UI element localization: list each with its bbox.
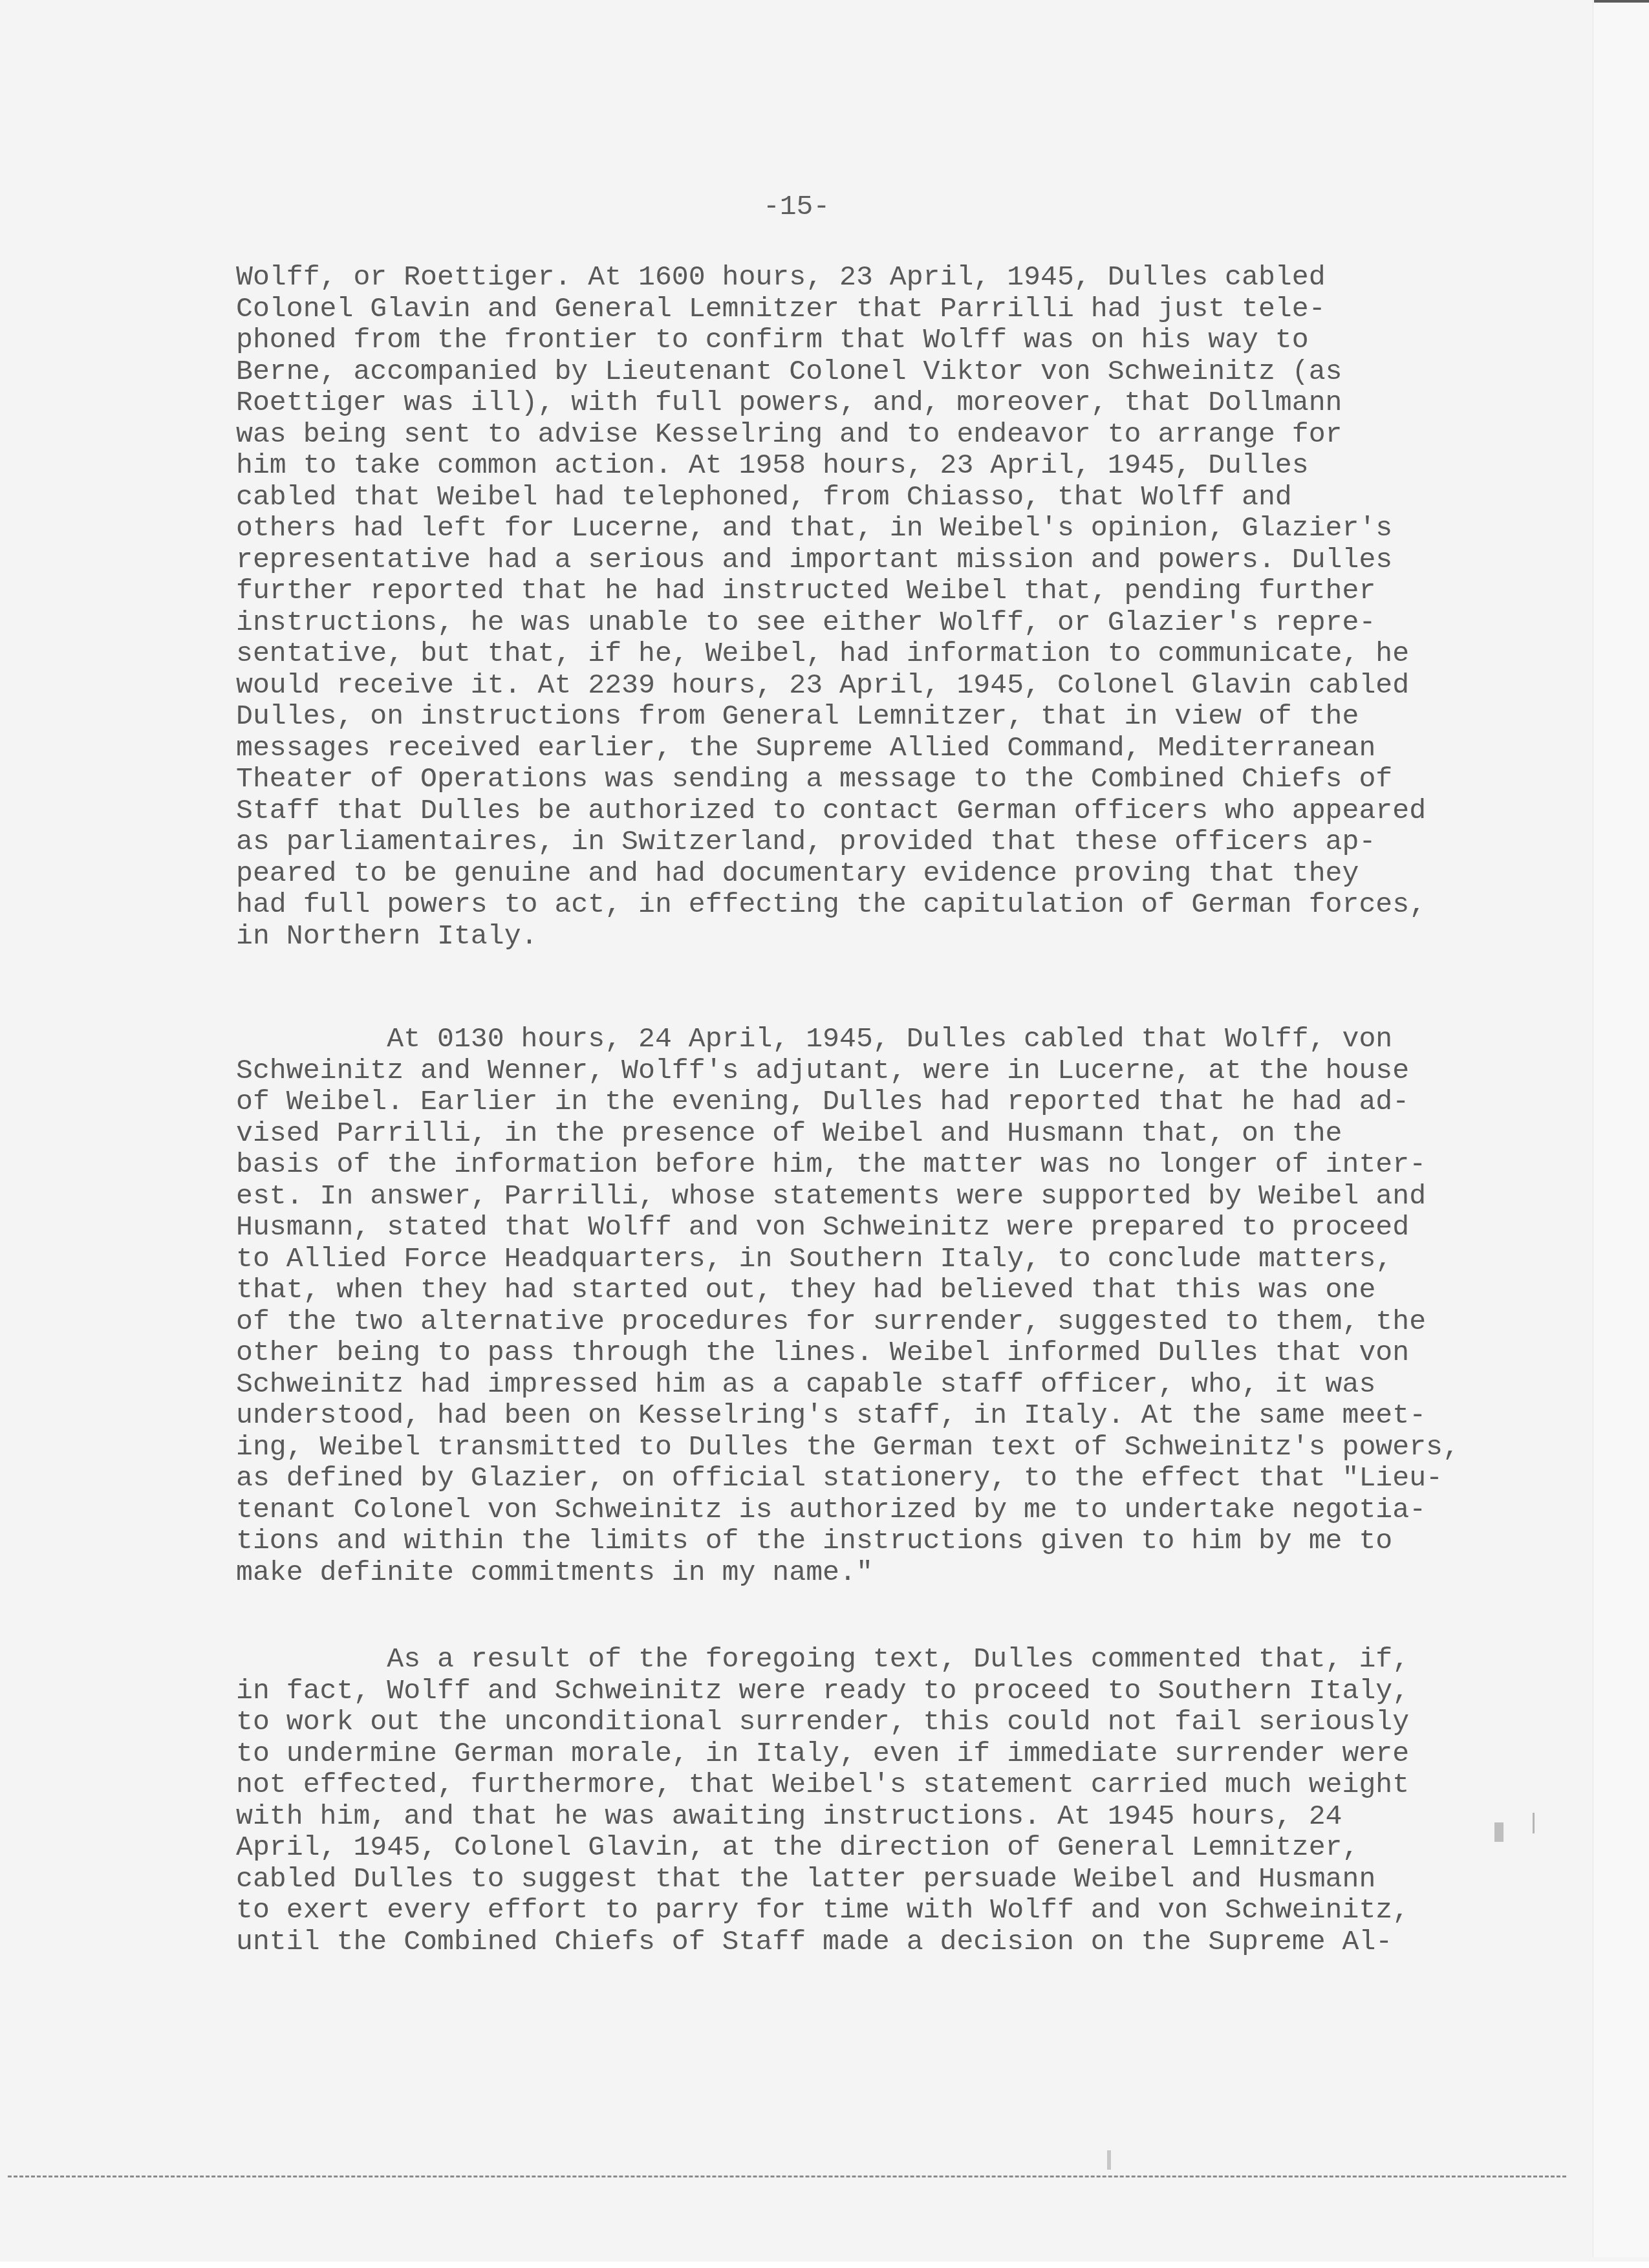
page-number: -15- (763, 191, 830, 222)
text-line: Dulles, on instructions from General Lem… (236, 701, 1465, 733)
text-line: understood, had been on Kesselring's sta… (236, 1400, 1465, 1432)
text-line: basis of the information before him, the… (236, 1149, 1465, 1181)
text-line: April, 1945, Colonel Glavin, at the dire… (236, 1832, 1465, 1864)
text-line: At 0130 hours, 24 April, 1945, Dulles ca… (236, 1024, 1465, 1055)
text-line: had full powers to act, in effecting the… (236, 889, 1465, 921)
text-line: in Northern Italy. (236, 921, 1465, 953)
text-line: Theater of Operations was sending a mess… (236, 764, 1465, 795)
bottom-dashed-rule (8, 2176, 1566, 2177)
text-line: As a result of the foregoing text, Dulle… (236, 1644, 1465, 1676)
text-line: as defined by Glazier, on official stati… (236, 1463, 1465, 1495)
text-line: further reported that he had instructed … (236, 576, 1465, 607)
text-line: other being to pass through the lines. W… (236, 1337, 1465, 1369)
scan-speck (1533, 1813, 1535, 1833)
text-line: sentative, but that, if he, Weibel, had … (236, 638, 1465, 670)
text-line: Wolff, or Roettiger. At 1600 hours, 23 A… (236, 262, 1465, 294)
paragraph-1: Wolff, or Roettiger. At 1600 hours, 23 A… (236, 262, 1465, 952)
text-line: Colonel Glavin and General Lemnitzer tha… (236, 294, 1465, 325)
text-line: Berne, accompanied by Lieutenant Colonel… (236, 356, 1465, 388)
text-line: make definite commitments in my name." (236, 1557, 1465, 1589)
text-line: cabled that Weibel had telephoned, from … (236, 482, 1465, 513)
scan-bottom-edge (0, 2262, 1649, 2268)
text-line: Roettiger was ill), with full powers, an… (236, 387, 1465, 419)
text-line: peared to be genuine and had documentary… (236, 858, 1465, 890)
text-line: ing, Weibel transmitted to Dulles the Ge… (236, 1432, 1465, 1463)
text-line: tenant Colonel von Schweinitz is authori… (236, 1495, 1465, 1526)
text-line: with him, and that he was awaiting instr… (236, 1801, 1465, 1833)
text-line: cabled Dulles to suggest that the latter… (236, 1864, 1465, 1895)
text-line: was being sent to advise Kesselring and … (236, 419, 1465, 451)
scan-speck (1107, 2150, 1111, 2170)
text-line: of the two alternative procedures for su… (236, 1306, 1465, 1338)
text-line: to exert every effort to parry for time … (236, 1895, 1465, 1927)
text-line: not effected, furthermore, that Weibel's… (236, 1769, 1465, 1801)
text-line: representative had a serious and importa… (236, 545, 1465, 576)
text-line: phoned from the frontier to confirm that… (236, 325, 1465, 356)
text-line: tions and within the limits of the instr… (236, 1526, 1465, 1557)
text-line: to work out the unconditional surrender,… (236, 1707, 1465, 1738)
text-line: to undermine German morale, in Italy, ev… (236, 1738, 1465, 1770)
text-line: est. In answer, Parrilli, whose statemen… (236, 1181, 1465, 1213)
text-line: vised Parrilli, in the presence of Weibe… (236, 1118, 1465, 1150)
text-line: would receive it. At 2239 hours, 23 Apri… (236, 670, 1465, 702)
scan-page-edge (1593, 0, 1649, 2257)
scan-corner-shadow (1594, 0, 1649, 3)
text-line: him to take common action. At 1958 hours… (236, 450, 1465, 482)
paragraph-3: As a result of the foregoing text, Dulle… (236, 1644, 1465, 1958)
text-line: messages received earlier, the Supreme A… (236, 733, 1465, 764)
text-line: Husmann, stated that Wolff and von Schwe… (236, 1212, 1465, 1244)
text-line: Staff that Dulles be authorized to conta… (236, 795, 1465, 827)
text-line: until the Combined Chiefs of Staff made … (236, 1927, 1465, 1958)
text-line: others had left for Lucerne, and that, i… (236, 513, 1465, 545)
text-line: that, when they had started out, they ha… (236, 1275, 1465, 1306)
scan-speck (1494, 1822, 1503, 1842)
text-line: of Weibel. Earlier in the evening, Dulle… (236, 1086, 1465, 1118)
text-line: Schweinitz had impressed him as a capabl… (236, 1369, 1465, 1401)
text-line: instructions, he was unable to see eithe… (236, 607, 1465, 639)
text-line: to Allied Force Headquarters, in Souther… (236, 1244, 1465, 1275)
text-line: Schweinitz and Wenner, Wolff's adjutant,… (236, 1055, 1465, 1087)
paragraph-2: At 0130 hours, 24 April, 1945, Dulles ca… (236, 1024, 1465, 1588)
text-line: as parliamentaires, in Switzerland, prov… (236, 826, 1465, 858)
text-line: in fact, Wolff and Schweinitz were ready… (236, 1676, 1465, 1707)
